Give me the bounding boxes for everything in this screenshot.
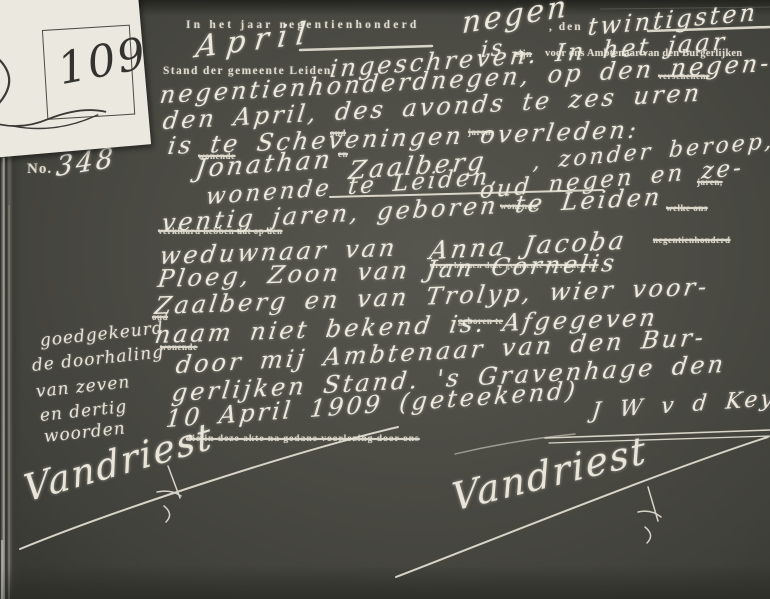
entry-line16b: J W v d Keyser <box>591 383 770 424</box>
bottom-shadow <box>0 565 770 599</box>
struck-word-welke-ons: welke ons <box>666 203 708 213</box>
signature-paraph-left <box>157 466 181 522</box>
entry-year-insert: negen <box>461 0 570 41</box>
signature-right: Vandriest <box>450 427 650 520</box>
signature-paraph-right <box>638 487 661 543</box>
archive-sticker: 109 <box>0 0 151 159</box>
death-certificate-scan: In het jaar negentienhonderd , den zijn … <box>0 0 770 599</box>
struck-word-negentienhonderd: negentienhonderd <box>653 235 731 245</box>
underline-keyser-1 <box>545 430 770 438</box>
act-number-label: No. <box>27 161 52 178</box>
struck-line-voorlezing: die in deze akte na gedane voorlezing do… <box>186 434 420 444</box>
